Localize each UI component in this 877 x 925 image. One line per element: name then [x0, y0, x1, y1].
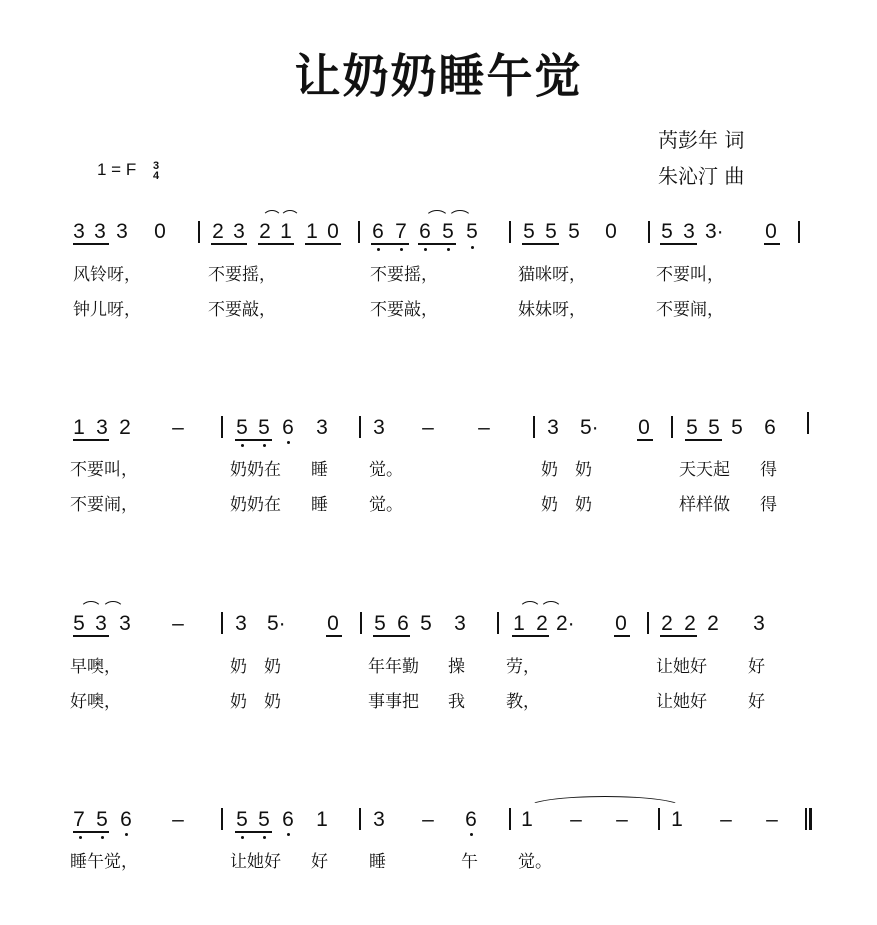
note: 5	[729, 416, 745, 440]
note: 3	[233, 612, 249, 636]
slur	[80, 601, 102, 610]
note: 1	[669, 808, 685, 832]
note: 2	[257, 220, 273, 244]
note: 0	[603, 220, 619, 244]
barline	[798, 221, 800, 243]
note: 6	[280, 416, 296, 440]
note: 3	[314, 416, 330, 440]
note: 5	[543, 220, 559, 244]
note: 0	[763, 220, 779, 244]
low-octave-dot	[263, 836, 266, 839]
lyric: 好	[748, 692, 765, 712]
lyric: 觉。	[518, 852, 552, 872]
low-octave-dot	[101, 836, 104, 839]
lyric: 不要摇，	[370, 265, 438, 285]
lyric: 事事把	[368, 692, 419, 712]
underline	[764, 243, 780, 245]
lyric: 觉。	[369, 495, 403, 515]
lyric: 样样做	[679, 495, 730, 515]
underline	[211, 243, 247, 245]
note: 7	[71, 808, 87, 832]
note: 5	[659, 220, 675, 244]
barline	[509, 808, 511, 830]
lyric: 不要摇，	[208, 265, 276, 285]
barline	[509, 221, 511, 243]
lyric: 得	[760, 495, 777, 515]
note: 3	[117, 612, 133, 636]
note: 5	[464, 220, 480, 244]
note: 2	[117, 416, 133, 440]
note: 6	[118, 808, 134, 832]
underline	[512, 635, 549, 637]
lyric: 不要敲，	[370, 300, 438, 320]
barline	[221, 612, 223, 634]
note: –	[170, 808, 186, 832]
note: 2	[659, 612, 675, 636]
lyric: 不要闹，	[656, 300, 724, 320]
lyric: 年年勤	[368, 657, 419, 677]
lyric: 奶	[264, 657, 281, 677]
lyric: 妹妹呀，	[518, 300, 586, 320]
lyric: 睡午觉，	[70, 852, 138, 872]
lyric: 让她好	[656, 692, 707, 712]
final-barline-thick	[809, 808, 812, 830]
lyric: 教，	[506, 692, 540, 712]
slur	[262, 210, 282, 219]
low-octave-dot	[400, 248, 403, 251]
note: 6	[463, 808, 479, 832]
underline	[258, 243, 294, 245]
underline	[73, 831, 109, 833]
note: 6	[762, 416, 778, 440]
lyric: 觉。	[369, 460, 403, 480]
lyric: 奶	[264, 692, 281, 712]
note: –	[170, 416, 186, 440]
barline	[648, 221, 650, 243]
underline	[685, 439, 722, 441]
lyric: 钟儿呀，	[73, 300, 141, 320]
note: 1	[511, 612, 527, 636]
slur	[519, 601, 541, 610]
note: 5·	[267, 612, 293, 636]
note: 3	[751, 612, 767, 636]
note: 3	[114, 220, 130, 244]
barline	[221, 416, 223, 438]
note: –	[170, 612, 186, 636]
lyric: 操	[448, 657, 465, 677]
lyric: 好噢，	[70, 692, 121, 712]
lyric: 奶	[230, 692, 247, 712]
note: 1	[519, 808, 535, 832]
lyric: 不要叫，	[70, 460, 138, 480]
note: 0	[325, 220, 341, 244]
note: 5·	[580, 416, 606, 440]
underline	[637, 439, 653, 441]
lyric: 睡	[311, 495, 328, 515]
lyric: 不要闹，	[70, 495, 138, 515]
note: 5	[440, 220, 456, 244]
lyric: 让她好	[656, 657, 707, 677]
lyric: 奶	[541, 460, 558, 480]
lyric: 不要叫，	[656, 265, 724, 285]
note: 3	[371, 416, 387, 440]
note: 1	[314, 808, 330, 832]
lyric: 睡	[311, 460, 328, 480]
time-signature: 3 4	[153, 161, 159, 181]
low-octave-dot	[287, 833, 290, 836]
lyric: 好	[748, 657, 765, 677]
barline	[671, 416, 673, 438]
note: 0	[613, 612, 629, 636]
note: 1	[278, 220, 294, 244]
note: –	[476, 416, 492, 440]
note: 3	[545, 416, 561, 440]
note: 0	[325, 612, 341, 636]
slur	[448, 210, 472, 219]
note: 6	[395, 612, 411, 636]
underline	[418, 243, 456, 245]
lyric: 午	[461, 852, 478, 872]
note: 3	[231, 220, 247, 244]
note: –	[568, 808, 584, 832]
barline	[658, 808, 660, 830]
lyric: 猫咪呀，	[518, 265, 586, 285]
note: 0	[636, 416, 652, 440]
note: 5	[418, 612, 434, 636]
note: 5	[94, 808, 110, 832]
note: 3	[92, 220, 108, 244]
slur	[425, 210, 449, 219]
note: 3	[93, 612, 109, 636]
underline	[326, 635, 342, 637]
low-octave-dot	[377, 248, 380, 251]
barline	[533, 416, 535, 438]
note: 2	[682, 612, 698, 636]
low-octave-dot	[241, 444, 244, 447]
lyric: 劳，	[506, 657, 540, 677]
underline	[660, 635, 697, 637]
lyric: 奶	[230, 657, 247, 677]
key-label: 1 = F	[97, 160, 136, 179]
note: 6	[417, 220, 433, 244]
underline	[614, 635, 630, 637]
slur	[540, 601, 562, 610]
note: 5	[684, 416, 700, 440]
lyric: 风铃呀，	[73, 265, 141, 285]
low-octave-dot	[125, 833, 128, 836]
note: 3	[681, 220, 697, 244]
low-octave-dot	[471, 246, 474, 249]
low-octave-dot	[263, 444, 266, 447]
note: –	[614, 808, 630, 832]
low-octave-dot	[287, 441, 290, 444]
tie	[528, 796, 682, 807]
lyricist-credit: 芮彭年 词	[658, 124, 744, 153]
low-octave-dot	[79, 836, 82, 839]
note: 1	[71, 416, 87, 440]
key-signature: 1 = F 3 4	[97, 160, 159, 181]
underline	[73, 439, 109, 441]
lyric: 奶	[575, 495, 592, 515]
underline	[371, 243, 409, 245]
note: 3	[71, 220, 87, 244]
low-octave-dot	[470, 833, 473, 836]
note: –	[420, 808, 436, 832]
lyric: 奶奶在	[230, 495, 281, 515]
lyric: 睡	[369, 852, 386, 872]
note: –	[420, 416, 436, 440]
note: 5	[372, 612, 388, 636]
underline	[73, 635, 109, 637]
note: 5	[521, 220, 537, 244]
underline	[235, 831, 272, 833]
slur	[280, 210, 300, 219]
note: 2	[534, 612, 550, 636]
barline	[359, 808, 361, 830]
barline	[358, 221, 360, 243]
note: 2	[210, 220, 226, 244]
barline	[807, 412, 809, 434]
barline	[198, 221, 200, 243]
note: 0	[152, 220, 168, 244]
lyric: 奶	[575, 460, 592, 480]
note: 3	[94, 416, 110, 440]
note: –	[718, 808, 734, 832]
low-octave-dot	[241, 836, 244, 839]
lyric: 让她好	[230, 852, 281, 872]
note: 6	[280, 808, 296, 832]
underline	[73, 243, 109, 245]
lyric: 奶奶在	[230, 460, 281, 480]
underline	[305, 243, 341, 245]
note: 6	[370, 220, 386, 244]
time-denominator: 4	[153, 171, 159, 181]
note: 7	[393, 220, 409, 244]
note: 1	[304, 220, 320, 244]
note: 5	[256, 808, 272, 832]
slur	[102, 601, 124, 610]
barline	[359, 416, 361, 438]
note: 5	[566, 220, 582, 244]
lyric: 好	[311, 852, 328, 872]
note: 2·	[556, 612, 582, 636]
lyric: 奶	[541, 495, 558, 515]
low-octave-dot	[447, 248, 450, 251]
barline	[647, 612, 649, 634]
note: 3	[452, 612, 468, 636]
lyric: 得	[760, 460, 777, 480]
note: 5	[706, 416, 722, 440]
lyric: 早噢，	[70, 657, 121, 677]
note: 5	[234, 416, 250, 440]
song-title: 让奶奶睡午觉	[0, 40, 877, 106]
barline	[221, 808, 223, 830]
note: 5	[256, 416, 272, 440]
final-barline-thin	[805, 808, 807, 830]
note: –	[764, 808, 780, 832]
note: 2	[705, 612, 721, 636]
note: 3	[371, 808, 387, 832]
barline	[497, 612, 499, 634]
lyric: 我	[448, 692, 465, 712]
underline	[235, 439, 272, 441]
underline	[660, 243, 697, 245]
underline	[522, 243, 559, 245]
lyric: 天天起	[679, 460, 730, 480]
lyric: 不要敲，	[208, 300, 276, 320]
low-octave-dot	[424, 248, 427, 251]
barline	[360, 612, 362, 634]
underline	[373, 635, 410, 637]
note: 3·	[705, 220, 731, 244]
composer-credit: 朱沁汀 曲	[658, 160, 744, 189]
note: 5	[234, 808, 250, 832]
note: 5	[71, 612, 87, 636]
